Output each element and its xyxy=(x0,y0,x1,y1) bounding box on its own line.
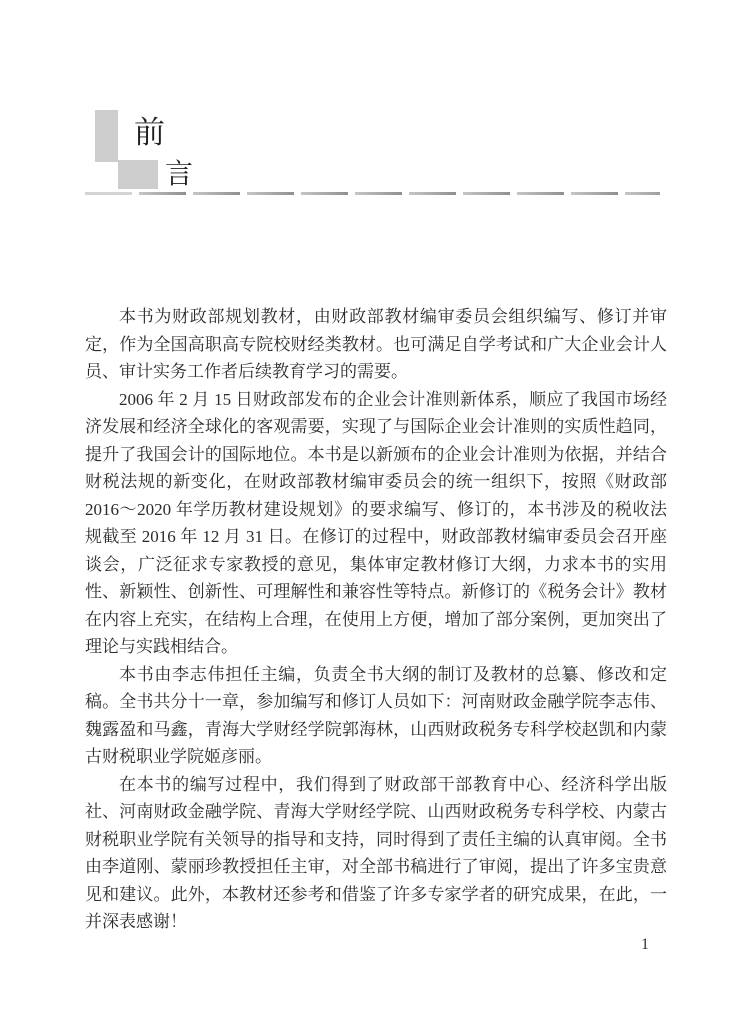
page-number: 1 xyxy=(633,936,657,954)
page-title-char-2: 言 xyxy=(165,159,193,190)
deco-block-small xyxy=(118,160,158,189)
dashed-divider xyxy=(85,192,660,195)
preface-page: 前 言 本书为财政部规划教材，由财政部教材编审委员会组织编写、修订并审定，作为全… xyxy=(0,0,730,1017)
paragraph-4: 在本书的编写过程中，我们得到了财政部干部教育中心、经济科学出版社、河南财政金融学… xyxy=(85,771,667,936)
paragraph-3: 本书由李志伟担任主编，负责全书大纲的制订及教材的总纂、修改和定稿。全书共分十一章… xyxy=(85,661,667,771)
paragraph-2: 2006 年 2 月 15 日财政部发布的企业会计准则新体系，顺应了我国市场经济… xyxy=(85,386,667,661)
page-title-char-1: 前 xyxy=(134,116,165,150)
preface-body: 本书为财政部规划教材，由财政部教材编审委员会组织编写、修订并审定，作为全国高职高… xyxy=(85,303,667,936)
paragraph-1: 本书为财政部规划教材，由财政部教材编审委员会组织编写、修订并审定，作为全国高职高… xyxy=(85,303,667,386)
deco-block-large xyxy=(95,110,118,162)
